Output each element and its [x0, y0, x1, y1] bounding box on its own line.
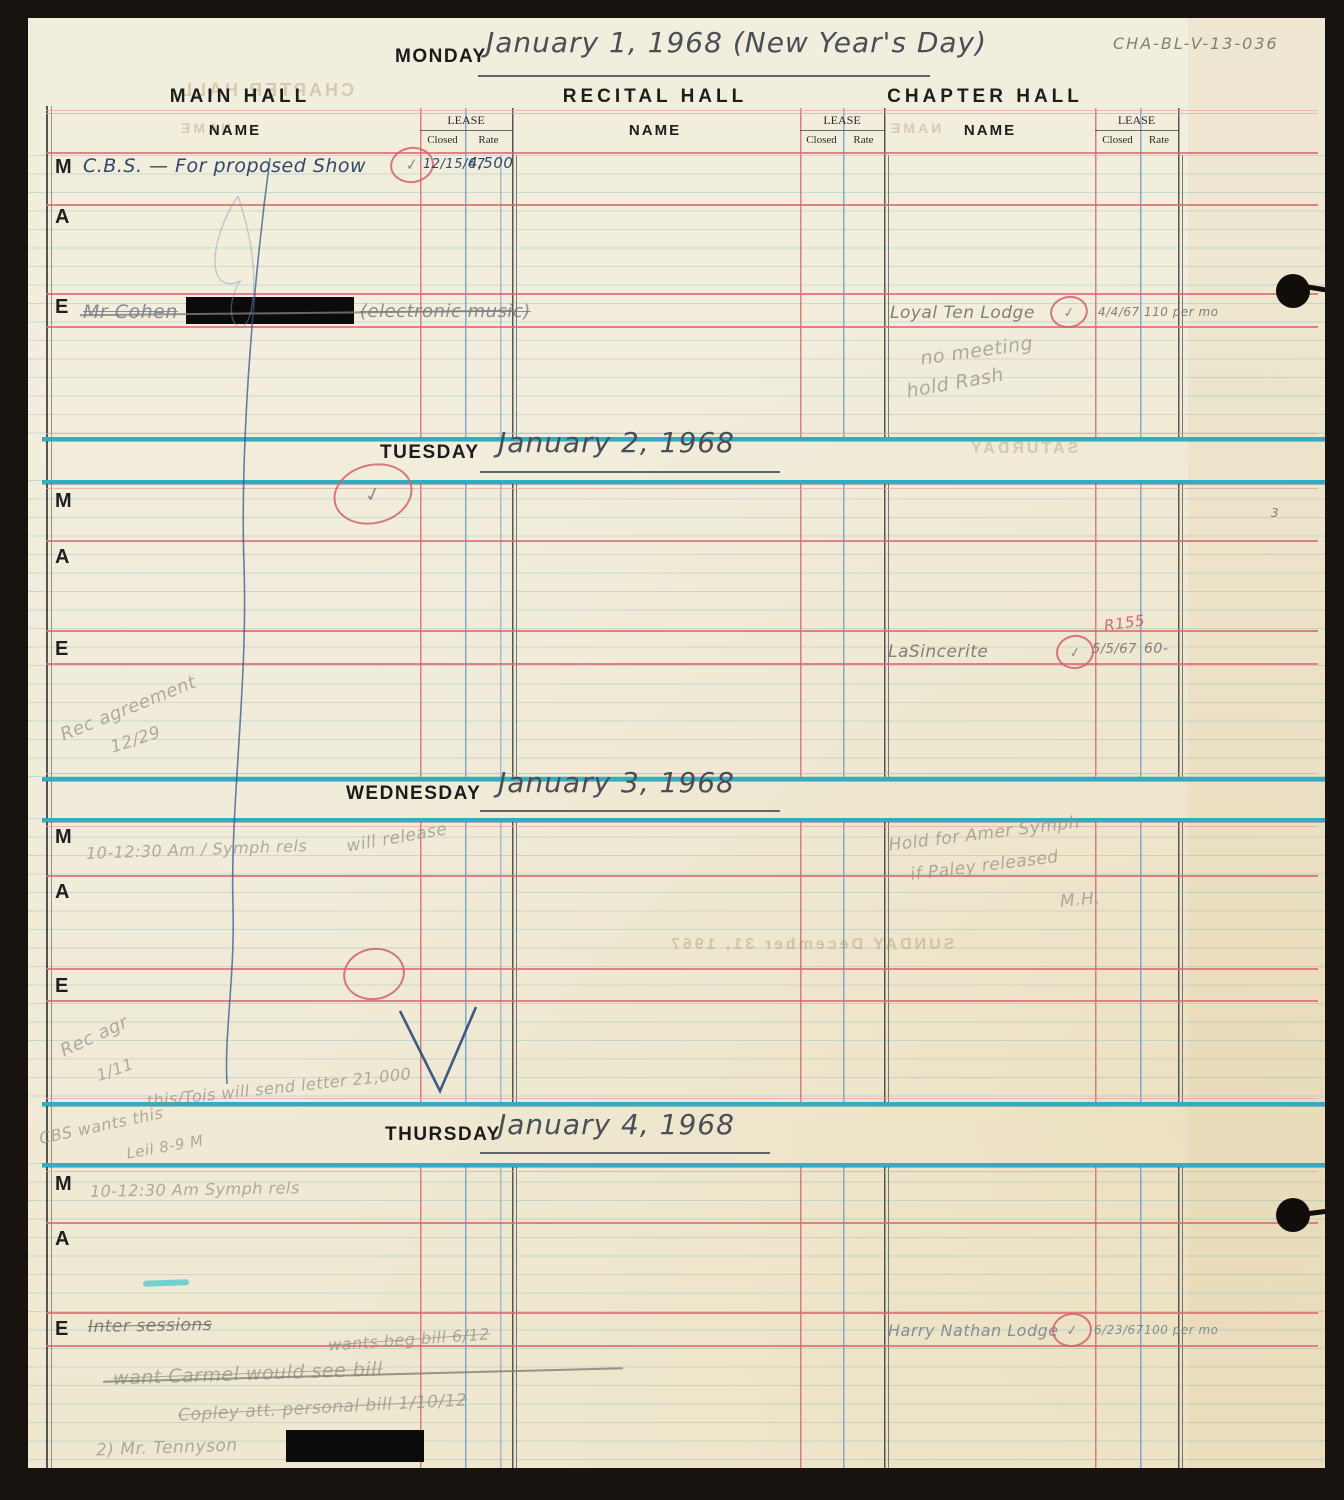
entry-lodge-rate: 110 per mo: [1144, 305, 1219, 319]
ghost-text: SATURDAY: [968, 440, 1078, 458]
ink-scribble: [215, 196, 254, 327]
hall-header-chapter: CHAPTER HALL: [880, 86, 1090, 108]
row-label-morning: M: [55, 1173, 72, 1196]
hall-header-recital: RECITAL HALL: [550, 86, 760, 108]
row-label-afternoon: A: [55, 206, 69, 229]
entry-lasincerite-closed: 5/5/67: [1092, 642, 1137, 657]
date-handwritten-tuesday: January 2, 1968: [498, 426, 735, 459]
row-label-evening: E: [55, 296, 68, 319]
closed-header: Closed: [420, 134, 465, 146]
lease-header: LEASE: [800, 113, 884, 128]
row-label-morning: M: [55, 156, 72, 179]
day-label-thursday: THURSDAY: [385, 1124, 501, 1146]
red-rule: [46, 1345, 1318, 1347]
hall-header-main: MAIN HALL: [140, 86, 340, 108]
red-rule: [46, 1312, 1318, 1314]
row-label-afternoon: A: [55, 546, 69, 569]
separator: [42, 1163, 1325, 1167]
check-glyph: ✓: [1062, 303, 1077, 322]
closed-header: Closed: [1095, 134, 1140, 146]
name-column-header: NAME: [135, 122, 335, 139]
paper-sheet: CHAPTER HALL NAME NAME SATURDAY SUNDAY D…: [28, 18, 1325, 1468]
rate-header: Rate: [1140, 134, 1178, 146]
note-hold-amer-symph-3: M.H.: [1059, 888, 1101, 911]
entry-lasincerite: LaSincerite: [888, 642, 988, 662]
name-column-header: NAME: [555, 122, 755, 139]
name-column-header: NAME: [890, 122, 1090, 139]
check-glyph: ✓: [1068, 643, 1083, 662]
row-label-afternoon: A: [55, 1228, 69, 1251]
hole-punch: [1276, 1198, 1310, 1232]
check-glyph: ✓: [1065, 1321, 1079, 1339]
crossed-note-1: Inter sessions: [88, 1315, 212, 1337]
entry-lodge-closed-date: 4/4/67: [1098, 305, 1140, 319]
pink-rule: [46, 1171, 1318, 1172]
ghost-text: SUNDAY December 31, 1967: [668, 936, 954, 954]
date-handwritten-thursday: January 4, 1968: [498, 1108, 735, 1141]
margin-note-2: Leil 8-9 M: [125, 1131, 205, 1162]
check-glyph: ✓: [404, 154, 420, 176]
rate-header: Rate: [843, 134, 884, 146]
closed-header: Closed: [800, 134, 843, 146]
date-underline: [480, 471, 780, 473]
row-label-afternoon: A: [55, 881, 69, 904]
row-label-evening: E: [55, 975, 68, 998]
row-label-morning: M: [55, 826, 72, 849]
left-rule-thin: [51, 106, 52, 1468]
lease-box-line: [1095, 130, 1179, 131]
hole-punch: [1276, 274, 1310, 308]
pink-rule: [46, 110, 1318, 111]
stray-ink-line: [178, 146, 308, 1096]
day-label-wednesday: WEDNESDAY: [346, 783, 481, 805]
ghost-number: 3: [1271, 506, 1279, 520]
lease-box-line: [800, 130, 885, 131]
rate-header: Rate: [465, 134, 512, 146]
row-label-morning: M: [55, 490, 72, 513]
entry-symph-rehearsal-thu: 10-12:30 Am Symph rels: [90, 1178, 300, 1201]
date-underline: [480, 1152, 770, 1154]
entry-harry-rate: 100 per mo: [1144, 1323, 1219, 1337]
day-label-monday: MONDAY: [395, 46, 487, 68]
separator: [42, 1102, 1325, 1106]
red-rule: [46, 1222, 1318, 1224]
left-rule: [46, 106, 48, 1468]
entry-cohen-name: Mr Cohen: [83, 301, 178, 323]
date-handwritten-wednesday: January 3, 1968: [498, 766, 735, 799]
lease-header: LEASE: [1095, 113, 1178, 128]
check-glyph: ✓: [362, 480, 384, 508]
day-label-tuesday: TUESDAY: [380, 442, 480, 464]
date-underline: [478, 75, 930, 77]
lease-box-line: [420, 130, 513, 131]
entry-cbs-rate: 4,500: [468, 154, 513, 172]
lease-header: LEASE: [420, 113, 512, 128]
entry-loyal-ten-lodge: Loyal Ten Lodge: [890, 303, 1035, 323]
entry-lasincerite-rate: 60-: [1144, 641, 1168, 657]
row-label-evening: E: [55, 638, 68, 661]
entry-harry-closed-date: 6/23/67: [1094, 1323, 1144, 1337]
row-label-evening: E: [55, 1318, 68, 1341]
entry-harry-nathan-lodge: Harry Nathan Lodge: [888, 1321, 1059, 1340]
redaction-bar: [286, 1430, 424, 1462]
scanned-ledger-page: CHAPTER HALL NAME NAME SATURDAY SUNDAY D…: [0, 0, 1344, 1500]
date-handwritten-monday: January 1, 1968 (New Year's Day): [486, 26, 987, 59]
page-code: CHA-BL-V-13-036: [1113, 34, 1279, 53]
date-underline: [480, 810, 780, 812]
